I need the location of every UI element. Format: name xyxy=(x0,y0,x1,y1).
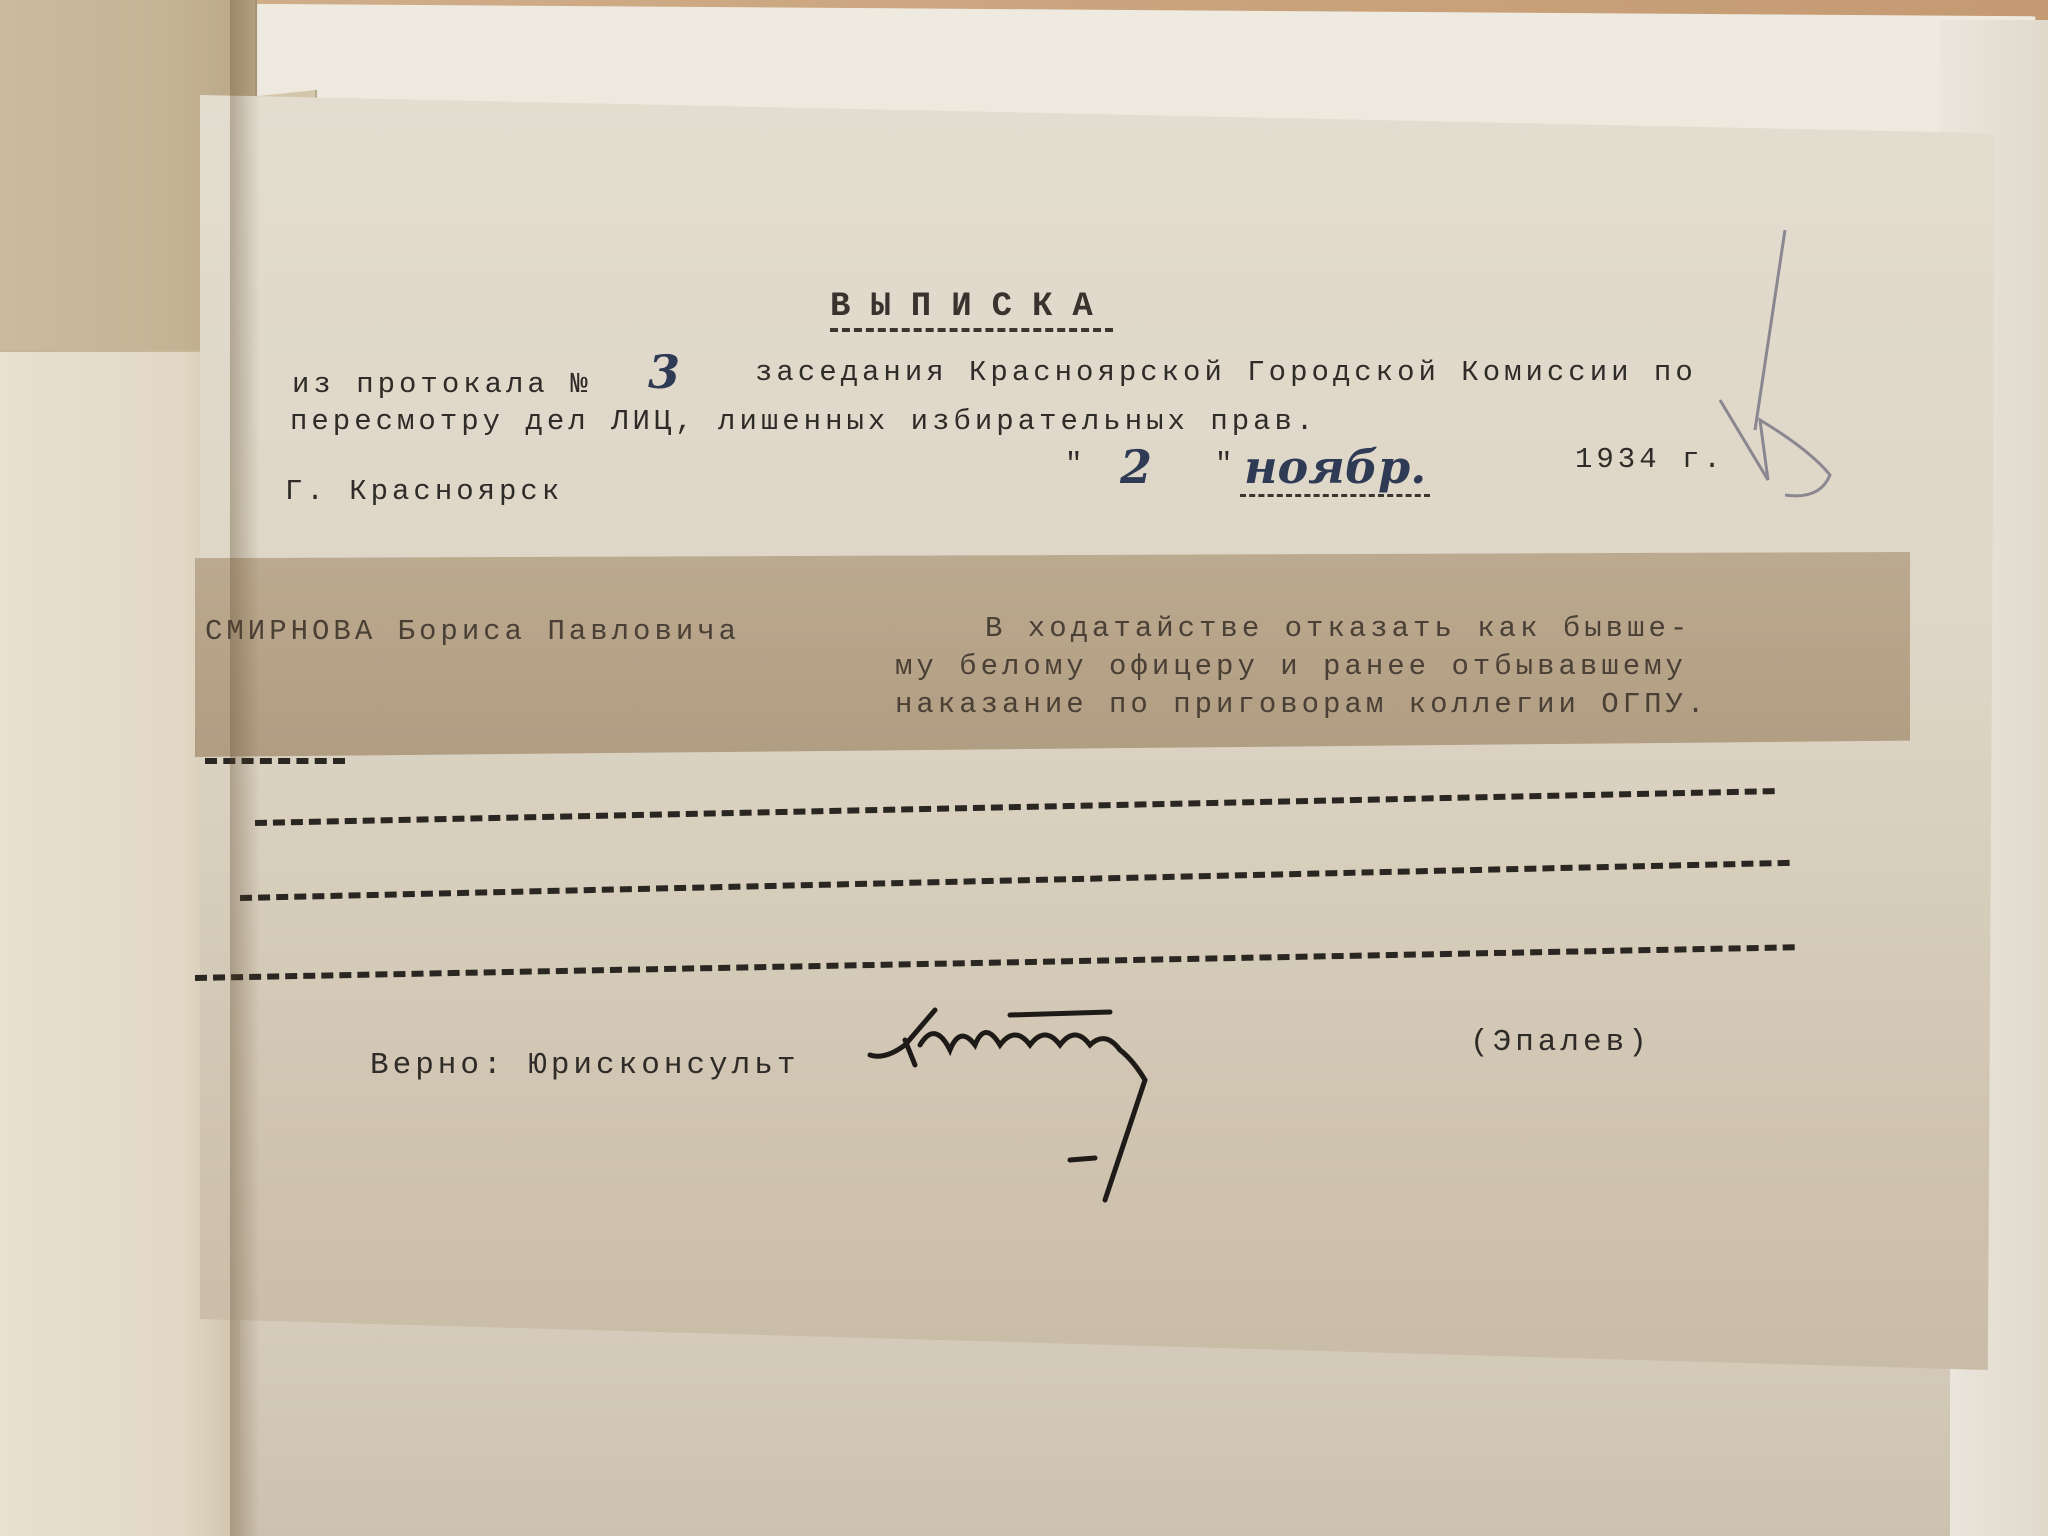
folder-spine-shadow xyxy=(230,0,260,1536)
header-line-1-prefix: из протокала № xyxy=(292,368,592,401)
header-line-1-suffix: заседания Красноярской Городской Комисси… xyxy=(755,356,1697,389)
decision-line-2: му белому офицеру и ранее отбывавшему xyxy=(895,650,1687,683)
date-year: 1934 г. xyxy=(1575,443,1725,476)
protocol-number: 3 xyxy=(648,345,680,399)
date-close-quote: " xyxy=(1215,448,1236,481)
person-name: СМИРНОВА Бориса Павловича xyxy=(205,615,740,648)
header-line-2: пересмотру дел ЛИЦ, лишенных избирательн… xyxy=(290,405,1317,438)
dashed-rule xyxy=(205,758,345,764)
location: Г. Красноярск xyxy=(285,475,563,508)
certified-label: Верно: Юрисконсульт xyxy=(370,1048,799,1083)
signatory-name: (Эпалев) xyxy=(1470,1025,1651,1060)
signature-icon xyxy=(865,1000,1195,1210)
date-open-quote: " xyxy=(1065,448,1086,481)
date-day: 2 xyxy=(1120,440,1152,494)
document-title: ВЫПИСКА xyxy=(830,288,1113,332)
decision-line-3: наказание по приговорам коллегии ОГПУ. xyxy=(895,688,1708,721)
date-month: ноябр. xyxy=(1240,440,1430,497)
decision-line-1: В ходатайстве отказать как бывше- xyxy=(985,612,1691,645)
